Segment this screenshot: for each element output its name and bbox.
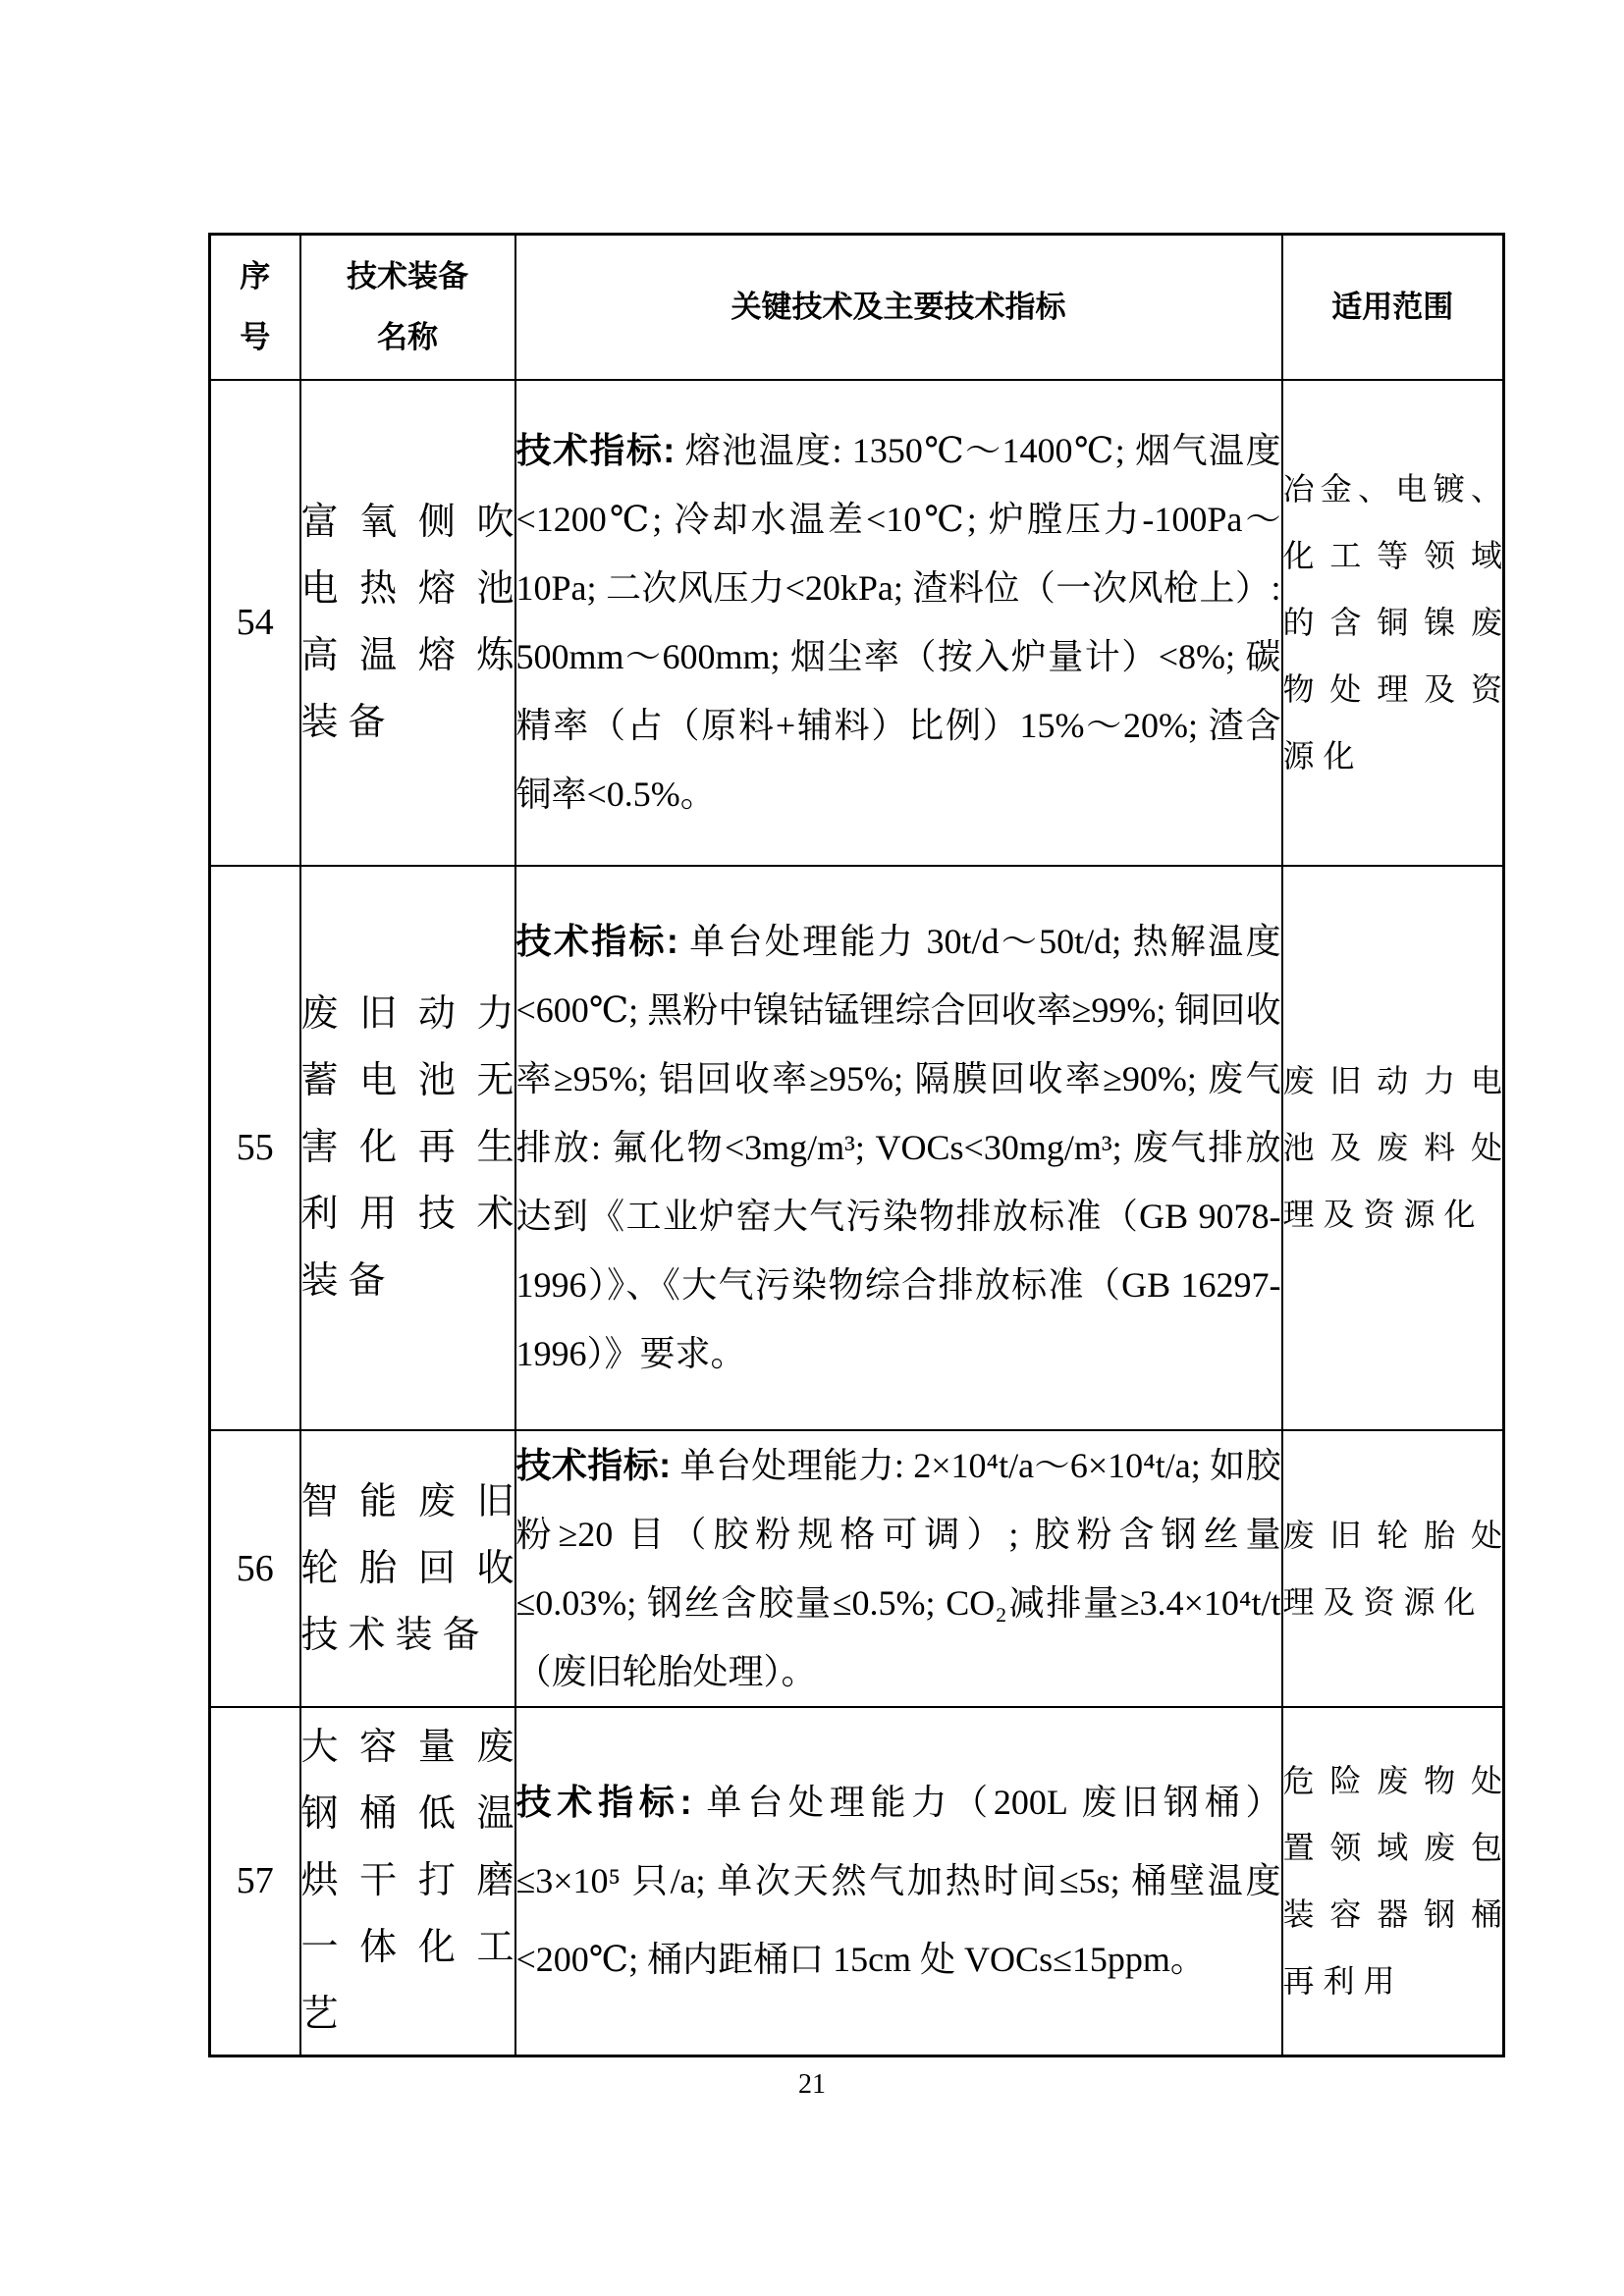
row-54-name-text: 富氧侧吹电热熔池高温熔炼装备 (301, 489, 514, 756)
header-equipment-name: 技术装备名称 (300, 235, 515, 380)
row-57-name: 大容量废钢桶低温烘干打磨一体化工艺 (300, 1707, 515, 2056)
row-54-name: 富氧侧吹电热熔池高温熔炼装备 (300, 380, 515, 866)
table-header-row: 序号 技术装备名称 关键技术及主要技术指标 适用范围 (210, 235, 1504, 380)
header-serial-number-text: 序号 (211, 246, 299, 368)
indicator-label: 技术指标: (516, 921, 678, 961)
table-row: 56 智能废旧轮胎回收技术装备 技术指标: 单台处理能力: 2×10⁴t/a～6… (210, 1430, 1504, 1707)
indicator-text: 单台处理能力 30t/d～50t/d; 热解温度<600℃; 黑粉中镍钴锰锂综合… (516, 922, 1281, 1373)
row-55-scope: 废旧动力电池及废料处理及资源化 (1282, 866, 1504, 1430)
row-55-indicators: 技术指标: 单台处理能力 30t/d～50t/d; 热解温度<600℃; 黑粉中… (515, 866, 1282, 1430)
indicator-label: 技术指标: (516, 1445, 672, 1485)
row-56-indicators: 技术指标: 单台处理能力: 2×10⁴t/a～6×10⁴t/a; 如胶粉≥20 … (515, 1430, 1282, 1707)
document-page: 序号 技术装备名称 关键技术及主要技术指标 适用范围 54 富氧侧吹电热熔池高温… (0, 0, 1624, 2296)
header-equipment-name-text: 技术装备名称 (301, 246, 514, 368)
row-57-name-text: 大容量废钢桶低温烘干打磨一体化工艺 (301, 1714, 514, 2048)
row-56-serial: 56 (210, 1430, 300, 1707)
row-56-scope: 废旧轮胎处理及资源化 (1282, 1430, 1504, 1707)
indicator-label: 技术指标: (516, 430, 676, 470)
row-56-scope-text: 废旧轮胎处理及资源化 (1283, 1502, 1503, 1635)
row-54-indicators: 技术指标: 熔池温度: 1350℃～1400℃; 烟气温度<1200℃; 冷却水… (515, 380, 1282, 866)
table-row: 55 废旧动力蓄电池无害化再生利用技术装备 技术指标: 单台处理能力 30t/d… (210, 866, 1504, 1430)
row-56-name-text: 智能废旧轮胎回收技术装备 (301, 1468, 514, 1669)
row-56-name: 智能废旧轮胎回收技术装备 (300, 1430, 515, 1707)
row-54-scope: 冶金、电镀、化工等领域的含铜镍废物处理及资源化 (1282, 380, 1504, 866)
row-54-serial: 54 (210, 380, 300, 866)
row-57-serial: 57 (210, 1707, 300, 2056)
header-serial-number: 序号 (210, 235, 300, 380)
table-row: 54 富氧侧吹电热熔池高温熔炼装备 技术指标: 熔池温度: 1350℃～1400… (210, 380, 1504, 866)
row-57-scope-text: 危险废物处置领域废包装容器钢桶再利用 (1283, 1747, 1503, 2014)
row-57-scope: 危险废物处置领域废包装容器钢桶再利用 (1282, 1707, 1504, 2056)
equipment-table: 序号 技术装备名称 关键技术及主要技术指标 适用范围 54 富氧侧吹电热熔池高温… (208, 233, 1505, 2057)
row-54-scope-text: 冶金、电镀、化工等领域的含铜镍废物处理及资源化 (1283, 455, 1503, 789)
indicator-label: 技术指标: (516, 1782, 692, 1822)
row-55-name-text: 废旧动力蓄电池无害化再生利用技术装备 (301, 981, 514, 1314)
row-55-name: 废旧动力蓄电池无害化再生利用技术装备 (300, 866, 515, 1430)
row-55-serial: 55 (210, 866, 300, 1430)
table-row: 57 大容量废钢桶低温烘干打磨一体化工艺 技术指标: 单台处理能力（200L 废… (210, 1707, 1504, 2056)
indicator-text: 熔池温度: 1350℃～1400℃; 烟气温度<1200℃; 冷却水温差<10℃… (516, 431, 1281, 814)
header-key-indicators: 关键技术及主要技术指标 (515, 235, 1282, 380)
page-number: 21 (0, 2069, 1624, 2101)
header-scope: 适用范围 (1282, 235, 1504, 380)
row-57-indicators: 技术指标: 单台处理能力（200L 废旧钢桶）≤3×10⁵ 只/a; 单次天然气… (515, 1707, 1282, 2056)
row-55-scope-text: 废旧动力电池及废料处理及资源化 (1283, 1047, 1503, 1248)
